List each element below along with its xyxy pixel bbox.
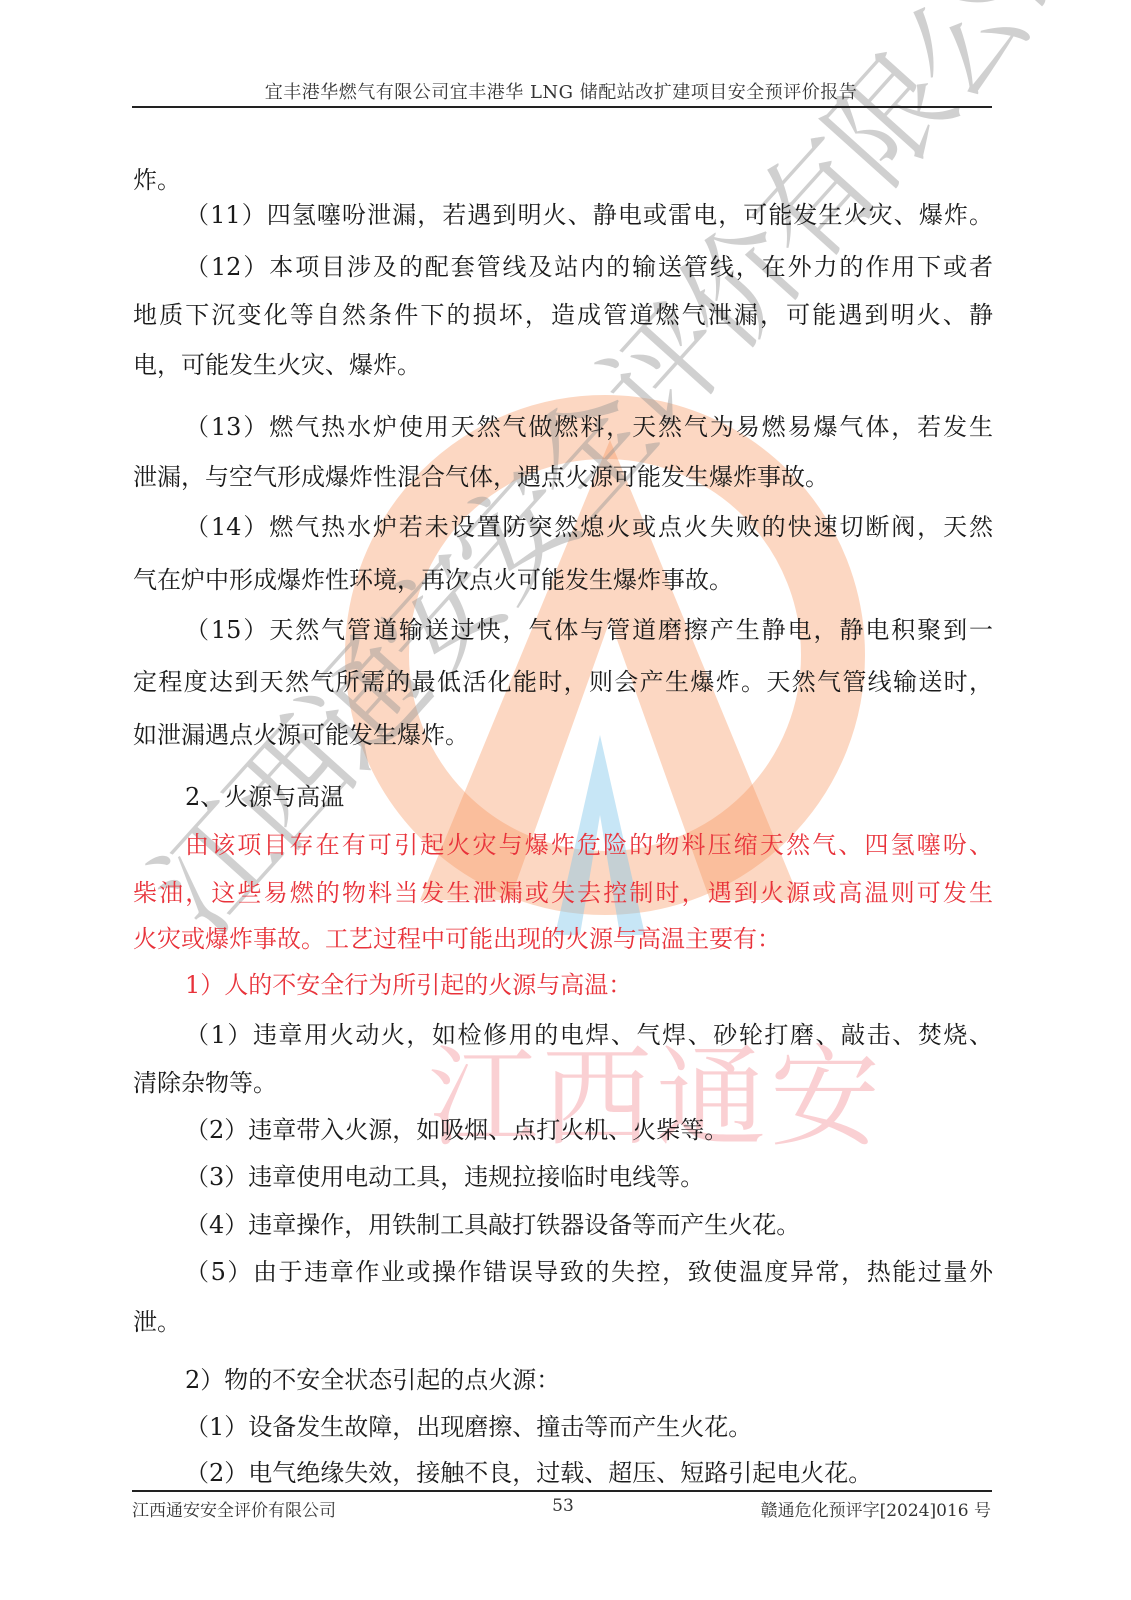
body-line: （15）天然气管道输送过快，气体与管道磨擦产生静电，静电积聚到一 [133, 615, 993, 645]
body-line: （1）违章用火动火，如检修用的电焊、气焊、砂轮打磨、敲击、焚烧、 [133, 1020, 993, 1050]
body-line: 如泄漏遇点火源可能发生爆炸。 [133, 720, 993, 750]
body-line: （12）本项目涉及的配套管线及站内的输送管线，在外力的作用下或者 [133, 252, 993, 282]
body-line: （14）燃气热水炉若未设置防突然熄火或点火失败的快速切断阀，天然 [133, 512, 993, 542]
body-line: 柴油，这些易燃的物料当发生泄漏或失去控制时，遇到火源或高温则可发生 [133, 878, 993, 908]
page-number: 53 [548, 1496, 578, 1516]
footer-company: 江西通安安全评价有限公司 [132, 1496, 336, 1521]
body-line: 气在炉中形成爆炸性环境，再次点火可能发生爆炸事故。 [133, 565, 993, 595]
body-line: （13）燃气热水炉使用天然气做燃料，天然气为易燃易爆气体，若发生 [133, 412, 993, 442]
body-line: 清除杂物等。 [133, 1068, 993, 1098]
body-line: 泄。 [133, 1307, 993, 1337]
body-line: （4）违章操作，用铁制工具敲打铁器设备等而产生火花。 [133, 1210, 993, 1240]
body-line: 地质下沉变化等自然条件下的损坏，造成管道燃气泄漏，可能遇到明火、静 [133, 300, 993, 330]
body-line: 2、火源与高温 [133, 782, 993, 812]
body-line: （11）四氢噻吩泄漏，若遇到明火、静电或雷电，可能发生火灾、爆炸。 [133, 200, 993, 230]
body-line: 泄漏，与空气形成爆炸性混合气体，遇点火源可能发生爆炸事故。 [133, 462, 993, 492]
footer-rule [132, 1490, 992, 1492]
header-rule [132, 106, 992, 108]
body-line: （2）电气绝缘失效，接触不良，过载、超压、短路引起电火花。 [133, 1458, 993, 1488]
body-line: 1）人的不安全行为所引起的火源与高温： [133, 970, 993, 1000]
body-line: （2）违章带入火源，如吸烟、点打火机、火柴等。 [133, 1115, 993, 1145]
document-page: 江西通安 江西通安安全评价有限公司 宜丰港华燃气有限公司宜丰港华 LNG 储配站… [0, 0, 1131, 1600]
footer-doc-number: 赣通危化预评字[2024]016 号 [761, 1496, 991, 1521]
body-line: 2）物的不安全状态引起的点火源： [133, 1365, 993, 1395]
body-line: （1）设备发生故障，出现磨擦、撞击等而产生火花。 [133, 1412, 993, 1442]
body-line: 火灾或爆炸事故。工艺过程中可能出现的火源与高温主要有： [133, 924, 993, 954]
body-line: （5）由于违章作业或操作错误导致的失控，致使温度异常，热能过量外 [133, 1257, 993, 1287]
running-header-title: 宜丰港华燃气有限公司宜丰港华 LNG 储配站改扩建项目安全预评价报告 [130, 78, 992, 104]
body-line: 电，可能发生火灾、爆炸。 [133, 350, 993, 380]
body-line: 由该项目存在有可引起火灾与爆炸危险的物料压缩天然气、四氢噻吩、 [133, 830, 993, 860]
body-line: 定程度达到天然气所需的最低活化能时，则会产生爆炸。天然气管线输送时， [133, 667, 993, 697]
body-line: 炸。 [133, 165, 993, 195]
body-line: （3）违章使用电动工具，违规拉接临时电线等。 [133, 1162, 993, 1192]
